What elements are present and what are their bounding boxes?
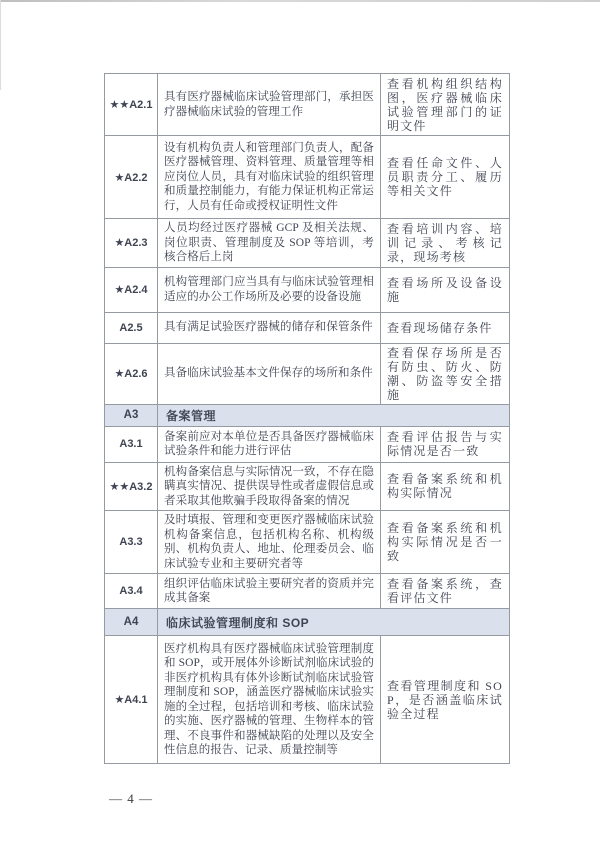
row-code: ★A2.3 [105,219,158,268]
table-row: ★★A2.1具有医疗器械临床试验管理部门，承担医疗器械临床试验的管理工作查看机构… [105,74,510,136]
table-row: ★A2.3人员均经过医疗器械 GCP 及相关法规、岗位职责、管理制度及 SOP … [105,219,510,268]
table-row: ★A2.4机构管理部门应当具有与临床试验管理相适应的办公工作场所及必要的设备设施… [105,267,510,312]
row-code: ★A4.1 [105,636,158,764]
table-row: ★★A3.2机构备案信息与实际情况一致，不存在隐瞒真实情况、提供误导性或者虚假信… [105,462,510,511]
page-number: — 4 — [100,791,162,807]
audit-checklist-table: ★★A2.1具有医疗器械临床试验管理部门，承担医疗器械临床试验的管理工作查看机构… [104,73,510,764]
row-requirement: 设有机构负责人和管理部门负责人，配备医疗器械管理、资料管理、质量管理等相应岗位人… [158,136,381,219]
table-row: ★A2.2设有机构负责人和管理部门负责人，配备医疗器械管理、资料管理、质量管理等… [105,136,510,219]
section-title: 临床试验管理制度和 SOP [158,609,510,636]
scan-edge-artifact [0,0,600,2]
row-code: A3.4 [105,574,158,609]
row-code: A2.5 [105,312,158,343]
row-check-method: 查看备案系统，查看评估文件 [381,574,510,609]
row-code: ★A2.6 [105,343,158,404]
row-code: A3.1 [105,426,158,462]
row-requirement: 人员均经过医疗器械 GCP 及相关法规、岗位职责、管理制度及 SOP 等培训，考… [158,219,381,268]
row-code: A3.3 [105,511,158,574]
audit-table-body: ★★A2.1具有医疗器械临床试验管理部门，承担医疗器械临床试验的管理工作查看机构… [105,74,510,764]
row-check-method: 查看备案系统和机构实际情况 [381,462,510,511]
row-check-method: 查看管理制度和 SOP，是否涵盖临床试验全过程 [381,636,510,764]
row-check-method: 查看评估报告与实际情况是否一致 [381,426,510,462]
row-requirement: 及时填报、管理和变更医疗器械临床试验机构备案信息，包括机构名称、机构级别、机构负… [158,511,381,574]
section-code: A3 [105,404,158,426]
row-check-method: 查看培训内容、培训记录、考核记录，现场考核 [381,219,510,268]
row-code: ★A2.2 [105,136,158,219]
row-code: ★★A2.1 [105,74,158,136]
scan-edge-artifact-left [0,0,1,90]
section-row: A3备案管理 [105,404,510,426]
section-code: A4 [105,609,158,636]
row-check-method: 查看现场储存条件 [381,312,510,343]
row-check-method: 查看任命文件、人员职责分工、履历等相关文件 [381,136,510,219]
table-row: A3.4组织评估临床试验主要研究者的资质并完成其备案查看备案系统，查看评估文件 [105,574,510,609]
table-row: ★A2.6具备临床试验基本文件保存的场所和条件查看保存场所是否有防虫、防火、防潮… [105,343,510,404]
section-row: A4临床试验管理制度和 SOP [105,609,510,636]
table-row: A2.5具有满足试验医疗器械的储存和保管条件查看现场储存条件 [105,312,510,343]
row-requirement: 机构备案信息与实际情况一致，不存在隐瞒真实情况、提供误导性或者虚假信息或者采取其… [158,462,381,511]
section-title: 备案管理 [158,404,510,426]
table-row: ★A4.1医疗机构具有医疗器械临床试验管理制度和 SOP，或开展体外诊断试剂临床… [105,636,510,764]
table-row: A3.3及时填报、管理和变更医疗器械临床试验机构备案信息，包括机构名称、机构级别… [105,511,510,574]
row-requirement: 备案前应对本单位是否具备医疗器械临床试验条件和能力进行评估 [158,426,381,462]
row-check-method: 查看备案系统和机构实际情况是否一致 [381,511,510,574]
row-check-method: 查看保存场所是否有防虫、防火、防潮、防盗等安全措施 [381,343,510,404]
row-code: ★★A3.2 [105,462,158,511]
row-requirement: 医疗机构具有医疗器械临床试验管理制度和 SOP，或开展体外诊断试剂临床试验的非医… [158,636,381,764]
row-requirement: 机构管理部门应当具有与临床试验管理相适应的办公工作场所及必要的设备设施 [158,267,381,312]
row-requirement: 组织评估临床试验主要研究者的资质并完成其备案 [158,574,381,609]
row-code: ★A2.4 [105,267,158,312]
table-row: A3.1备案前应对本单位是否具备医疗器械临床试验条件和能力进行评估查看评估报告与… [105,426,510,462]
row-requirement: 具备临床试验基本文件保存的场所和条件 [158,343,381,404]
row-check-method: 查看机构组织结构图，医疗器械临床试验管理部门的证明文件 [381,74,510,136]
row-requirement: 具有满足试验医疗器械的储存和保管条件 [158,312,381,343]
row-requirement: 具有医疗器械临床试验管理部门，承担医疗器械临床试验的管理工作 [158,74,381,136]
row-check-method: 查看场所及设备设施 [381,267,510,312]
